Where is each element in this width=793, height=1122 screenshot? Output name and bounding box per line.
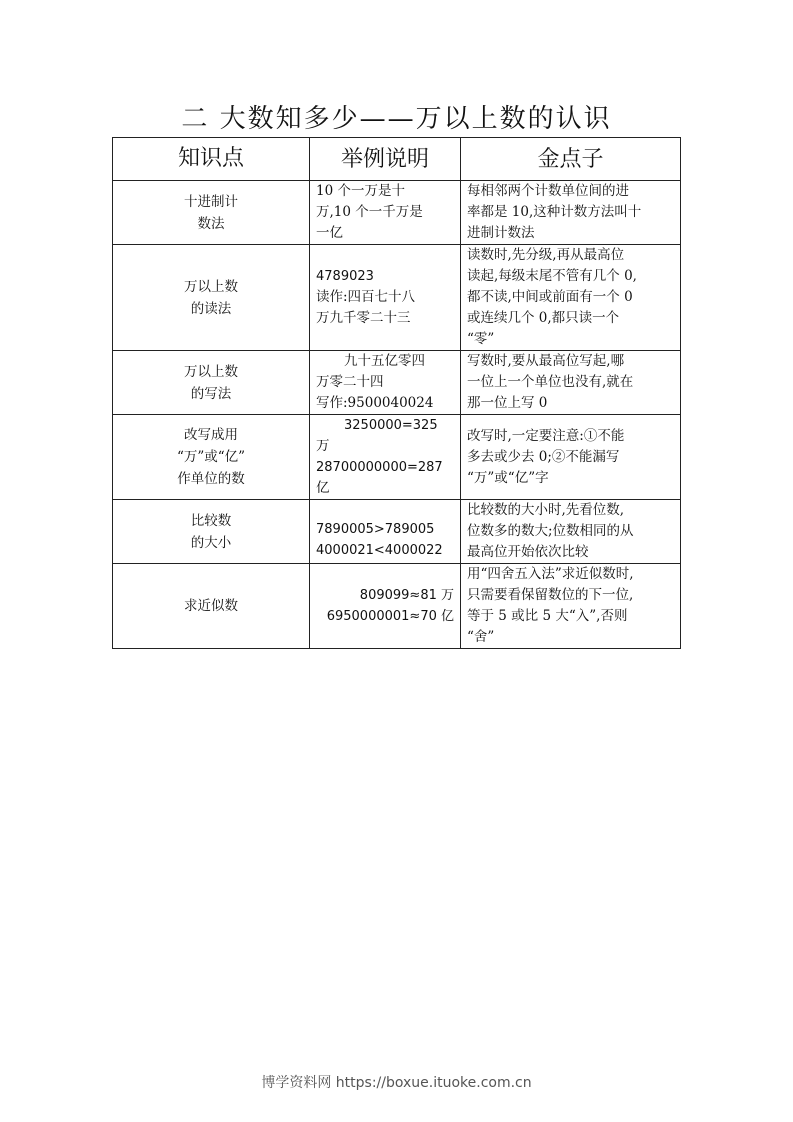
example-line: 万 — [316, 436, 454, 457]
topic-line: “万”或“亿” — [119, 446, 303, 468]
topic-line: 改写成用 — [119, 424, 303, 446]
tip-line: 或连续几个 0,都只读一个 — [467, 308, 674, 329]
tip-cell: 改写时,一定要注意:①不能 多去或少去 0;②不能漏写 “万”或“亿”字 — [461, 415, 681, 500]
header-tips: 金点子 — [461, 138, 681, 181]
table-row: 求近似数 809099≈81 万 6950000001≈70 亿 用“四舍五入法… — [113, 564, 681, 649]
knowledge-table: 知识点 举例说明 金点子 十进制计 数法 10 个一万是十 万,10 个一千万是… — [112, 137, 681, 649]
tip-line: 都不读,中间或前面有一个 0 — [467, 287, 674, 308]
tip-line: 只需要看保留数位的下一位, — [467, 585, 674, 606]
tip-line: 比较数的大小时,先看位数, — [467, 500, 674, 521]
topic-cell: 求近似数 — [113, 564, 310, 649]
example-line: 4000021<4000022 — [316, 540, 454, 561]
header-example: 举例说明 — [310, 138, 461, 181]
example-line: 亿 — [316, 478, 454, 499]
tip-line: 多去或少去 0;②不能漏写 — [467, 447, 674, 468]
tip-cell: 读数时,先分级,再从最高位 读起,每级末尾不管有几个 0, 都不读,中间或前面有… — [461, 245, 681, 351]
topic-cell: 万以上数 的读法 — [113, 245, 310, 351]
tip-line: 等于 5 或比 5 大“入”,否则 — [467, 606, 674, 627]
topic-line: 的大小 — [119, 532, 303, 554]
example-line: 写作:9500040024 — [316, 393, 454, 414]
tip-line: 改写时,一定要注意:①不能 — [467, 426, 674, 447]
topic-cell: 比较数 的大小 — [113, 500, 310, 564]
example-line: 一亿 — [316, 223, 454, 244]
tip-line: 一位上一个单位也没有,就在 — [467, 372, 674, 393]
tip-line: 读数时,先分级,再从最高位 — [467, 245, 674, 266]
table-row: 万以上数 的读法 4789023 读作:四百七十八 万九千零二十三 读数时,先分… — [113, 245, 681, 351]
tip-cell: 写数时,要从最高位写起,哪 一位上一个单位也没有,就在 那一位上写 0 — [461, 351, 681, 415]
tip-line: “舍” — [467, 627, 674, 648]
tip-line: 进制计数法 — [467, 223, 674, 244]
topic-cell: 十进制计 数法 — [113, 181, 310, 245]
table-header-row: 知识点 举例说明 金点子 — [113, 138, 681, 181]
topic-cell: 万以上数 的写法 — [113, 351, 310, 415]
example-line: 7890005>789005 — [316, 519, 454, 540]
example-cell: 7890005>789005 4000021<4000022 — [310, 500, 461, 564]
tip-cell: 每相邻两个计数单位间的进 率都是 10,这种计数方法叫十 进制计数法 — [461, 181, 681, 245]
tip-cell: 比较数的大小时,先看位数, 位数多的数大;位数相同的从 最高位开始依次比较 — [461, 500, 681, 564]
tip-line: “零” — [467, 329, 674, 350]
topic-line: 的读法 — [119, 298, 303, 320]
tip-cell: 用“四舍五入法”求近似数时, 只需要看保留数位的下一位, 等于 5 或比 5 大… — [461, 564, 681, 649]
table-row: 比较数 的大小 7890005>789005 4000021<4000022 比… — [113, 500, 681, 564]
example-line: 万零二十四 — [316, 372, 454, 393]
tip-line: 写数时,要从最高位写起,哪 — [467, 351, 674, 372]
topic-line: 十进制计 — [119, 191, 303, 213]
table-row: 十进制计 数法 10 个一万是十 万,10 个一千万是 一亿 每相邻两个计数单位… — [113, 181, 681, 245]
topic-line: 数法 — [119, 213, 303, 235]
example-cell: 10 个一万是十 万,10 个一千万是 一亿 — [310, 181, 461, 245]
page-title: 二 大数知多少——万以上数的认识 — [0, 98, 793, 135]
example-cell: 3250000=325 万 28700000000=287 亿 — [310, 415, 461, 500]
example-line: 6950000001≈70 亿 — [316, 606, 454, 627]
example-cell: 809099≈81 万 6950000001≈70 亿 — [310, 564, 461, 649]
example-line: 809099≈81 万 — [316, 585, 454, 606]
topic-line: 比较数 — [119, 510, 303, 532]
example-line: 万九千零二十三 — [316, 308, 454, 329]
tip-line: 率都是 10,这种计数方法叫十 — [467, 202, 674, 223]
example-cell: 4789023 读作:四百七十八 万九千零二十三 — [310, 245, 461, 351]
example-line: 10 个一万是十 — [316, 181, 454, 202]
example-line: 读作:四百七十八 — [316, 287, 454, 308]
topic-line: 万以上数 — [119, 276, 303, 298]
topic-line: 求近似数 — [119, 595, 303, 617]
topic-cell: 改写成用 “万”或“亿” 作单位的数 — [113, 415, 310, 500]
example-line: 3250000=325 — [316, 415, 454, 436]
example-line: 九十五亿零四 — [316, 351, 454, 372]
tip-line: 位数多的数大;位数相同的从 — [467, 521, 674, 542]
footer-watermark: 博学资料网 https://boxue.ituoke.com.cn — [0, 1072, 793, 1092]
tip-line: 那一位上写 0 — [467, 393, 674, 414]
example-cell: 九十五亿零四 万零二十四 写作:9500040024 — [310, 351, 461, 415]
tip-line: 读起,每级末尾不管有几个 0, — [467, 266, 674, 287]
tip-line: 用“四舍五入法”求近似数时, — [467, 564, 674, 585]
example-line: 4789023 — [316, 266, 454, 287]
table-row: 万以上数 的写法 九十五亿零四 万零二十四 写作:9500040024 写数时,… — [113, 351, 681, 415]
topic-line: 作单位的数 — [119, 468, 303, 490]
example-line: 万,10 个一千万是 — [316, 202, 454, 223]
topic-line: 的写法 — [119, 383, 303, 405]
table-row: 改写成用 “万”或“亿” 作单位的数 3250000=325 万 2870000… — [113, 415, 681, 500]
topic-line: 万以上数 — [119, 361, 303, 383]
tip-line: 最高位开始依次比较 — [467, 542, 674, 563]
example-line: 28700000000=287 — [316, 457, 454, 478]
tip-line: “万”或“亿”字 — [467, 468, 674, 489]
tip-line: 每相邻两个计数单位间的进 — [467, 181, 674, 202]
header-knowledge-point: 知识点 — [113, 138, 310, 181]
